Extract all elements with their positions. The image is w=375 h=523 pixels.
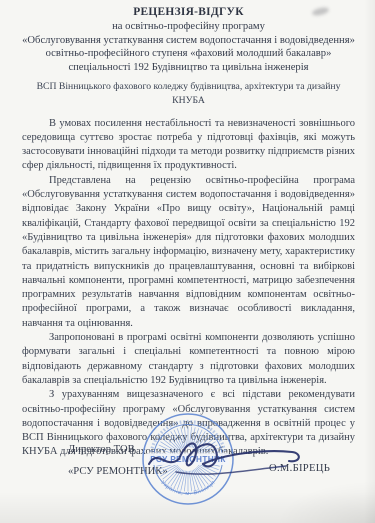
page-title: РЕЦЕНЗІЯ-ВІДГУК [22, 6, 355, 20]
paragraph: Представлена на рецензію освітньо-профес… [22, 174, 355, 331]
header-degree: освітньо-професійного ступеня «фаховий м… [22, 47, 355, 61]
signature-block: Директор ТОВ «РСУ РЕМОНТНИК» О.М.БІРЕЦЬ … [0, 400, 375, 523]
header-institution: ВСП Вінницького фахового коледжу будівни… [22, 80, 355, 108]
document-header: РЕЦЕНЗІЯ-ВІДГУК на освітньо-професійну п… [22, 6, 355, 108]
paragraph: В умовах посилення нестабільності та нев… [22, 117, 355, 174]
header-specialty: спеціальності 192 Будівництво та цивільн… [22, 61, 355, 75]
signer-title-line1: Директор ТОВ [68, 444, 135, 455]
header-subtitle: на освітньо-професійну програму [22, 20, 355, 34]
scanned-review-document: РЕЦЕНЗІЯ-ВІДГУК на освітньо-професійну п… [0, 0, 375, 523]
document-content: РЕЦЕНЗІЯ-ВІДГУК на освітньо-професійну п… [22, 6, 355, 460]
paragraph: Запропоновані в програмі освітні компоне… [22, 331, 355, 388]
signature-scribble [146, 426, 308, 490]
header-program-name: «Обслуговування устаткування систем водо… [22, 34, 355, 48]
